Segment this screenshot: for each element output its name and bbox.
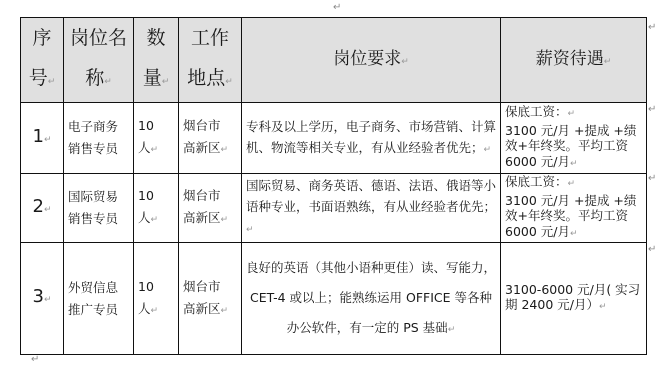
header-position: 岗位名称↵	[64, 18, 134, 103]
job-requirements: 国际贸易、商务英语、德语、法语、俄语等小语种专业，书面语熟练，有从业经验者优先；…	[242, 174, 501, 243]
paragraph-mark-top: ↵	[333, 2, 341, 13]
header-count: 数量↵	[134, 18, 179, 103]
row-index: 2↵	[21, 174, 64, 243]
header-index: 序号↵	[21, 18, 64, 103]
paragraph-mark-row-2: ↵	[648, 173, 656, 184]
table-row: 1↵ 电子商务销售专员 10人↵ 烟台市高新区↵ 专科及以上学历，电子商务、市场…	[21, 103, 647, 174]
salary-benefits: 保底工资：↵3100 元/月 +提成 +绩效+年终奖。平均工资 6000 元/月…	[501, 103, 647, 174]
paragraph-mark-bottom: ↵	[31, 354, 39, 365]
row-index: 1↵	[21, 103, 64, 174]
position-title: 电子商务销售专员	[64, 103, 134, 174]
salary-benefits: 保底工资：↵3100 元/月 +提成 +绩效+年终奖。平均工资 6000 元/月…	[501, 174, 647, 243]
table-row: 2↵ 国际贸易销售专员 10人↵ 烟台市高新区↵ 国际贸易、商务英语、德语、法语…	[21, 174, 647, 243]
paragraph-mark-row-3: ↵	[648, 244, 656, 255]
header-location: 工作地点↵	[179, 18, 242, 103]
job-requirements: 良好的英语（其他小语种更佳）读、写能力，CET-4 或以上；能熟练运用 OFFI…	[242, 243, 501, 355]
header-row: 序号↵ 岗位名称↵ 数量↵ 工作地点↵ 岗位要求↵ 薪资待遇↵	[21, 18, 647, 103]
work-location: 烟台市高新区↵	[179, 103, 242, 174]
job-table: 序号↵ 岗位名称↵ 数量↵ 工作地点↵ 岗位要求↵ 薪资待遇↵ 1↵ 电子商务销…	[20, 17, 647, 355]
row-index: 3↵	[21, 243, 64, 355]
headcount: 10人↵	[134, 174, 179, 243]
work-location: 烟台市高新区↵	[179, 174, 242, 243]
header-requirements: 岗位要求↵	[242, 18, 501, 103]
table-row: 3↵ 外贸信息推广专员 10人↵ 烟台市高新区↵ 良好的英语（其他小语种更佳）读…	[21, 243, 647, 355]
salary-benefits: 3100-6000 元/月( 实习期 2400 元/月）↵	[501, 243, 647, 355]
paragraph-mark-row-header: ↵	[648, 22, 656, 33]
job-requirements: 专科及以上学历，电子商务、市场营销、计算机、物流等相关专业，有从业经验者优先；↵	[242, 103, 501, 174]
headcount: 10人↵	[134, 243, 179, 355]
position-title: 国际贸易销售专员	[64, 174, 134, 243]
header-salary: 薪资待遇↵	[501, 18, 647, 103]
position-title: 外贸信息推广专员	[64, 243, 134, 355]
work-location: 烟台市高新区↵	[179, 243, 242, 355]
headcount: 10人↵	[134, 103, 179, 174]
paragraph-mark-row-1: ↵	[648, 104, 656, 115]
